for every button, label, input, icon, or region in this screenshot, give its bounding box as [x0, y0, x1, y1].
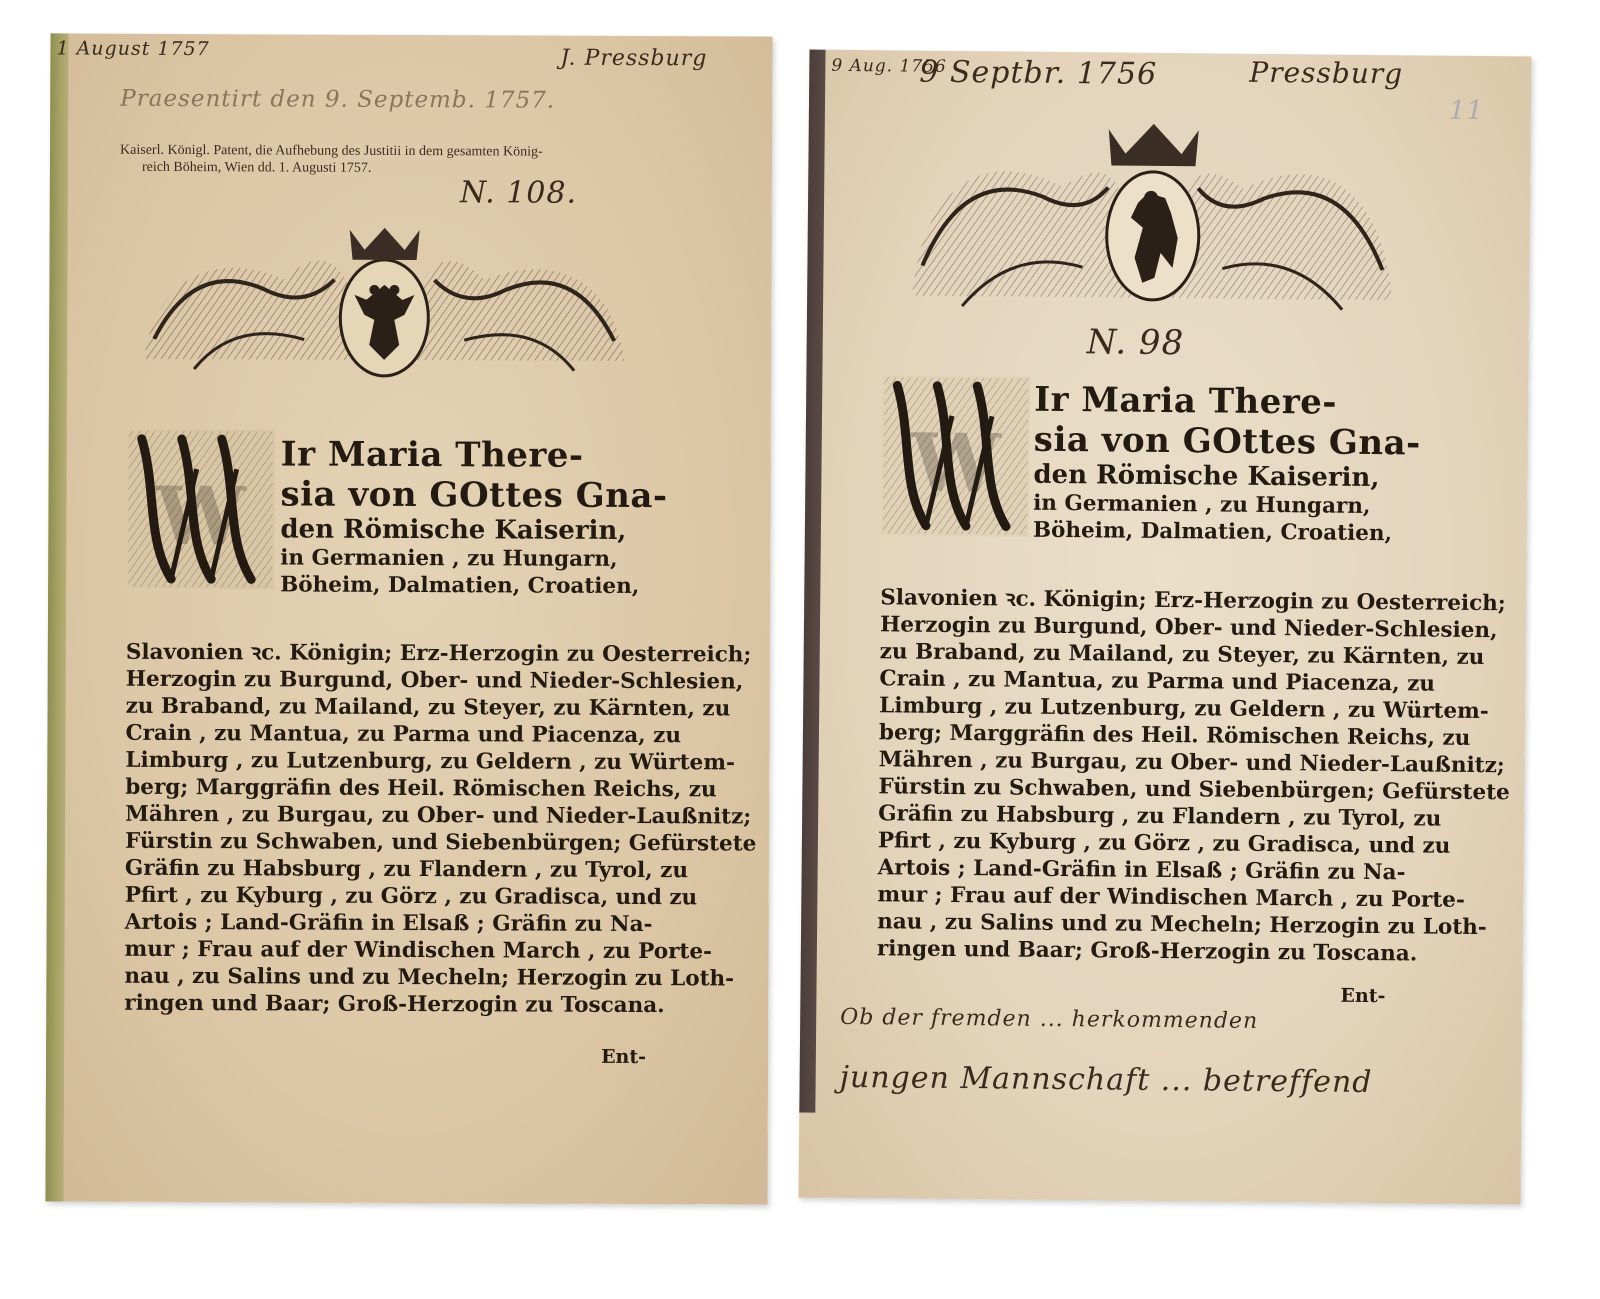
body-text-block: Slavonien ꝛc. Königin; Erz-Herzogin zu O… [124, 639, 757, 1020]
heading-line: sia von GOttes Gna- [280, 474, 667, 516]
body-line: mur ; Frau auf der Windischen March , zu… [124, 936, 755, 966]
handwritten-date-top-mid: 9 Septbr. 1756 [919, 55, 1157, 92]
decorated-initial-w: W [881, 375, 1031, 536]
eagle-crest-icon [134, 219, 635, 386]
body-line: Gräfin zu Habsburg , zu Flandern , zu Ty… [125, 855, 756, 885]
catchword: Ent- [601, 1046, 646, 1068]
body-line: Slavonien ꝛc. Königin; Erz-Herzogin zu O… [126, 639, 757, 669]
heading-line: sia von GOttes Gna- [1034, 420, 1421, 464]
svg-text:W: W [909, 416, 1002, 511]
binding-strip-brown [799, 50, 825, 1113]
heading-line: Böheim, Dalmatien, Croatien, [280, 571, 667, 600]
document-right: 9 Aug. 1756 9 Septbr. 1756 Pressburg 11 … [799, 50, 1532, 1205]
body-line: Mähren , zu Burgau, zu Ober- und Nieder-… [125, 801, 756, 831]
body-line: Crain , zu Mantua, zu Parma und Piacenza… [125, 720, 756, 750]
coat-of-arms-eagle-vignette [134, 219, 635, 386]
lion-crest-icon [902, 115, 1404, 320]
handwritten-date-top-left: 1 August 1757 [56, 37, 209, 60]
handwritten-place-top-right: J. Pressburg [560, 46, 707, 72]
body-line: zu Braband, zu Mailand, zu Steyer, zu Kä… [126, 693, 757, 723]
body-line: nau , zu Salins und zu Mecheln; Herzogin… [124, 963, 755, 993]
heading-line: den Römische Kaiserin, [1033, 460, 1420, 494]
body-line: berg; Marggräfin des Heil. Römischen Rei… [125, 774, 756, 804]
svg-text:W: W [154, 469, 246, 563]
body-line: Limburg , zu Lutzenburg, zu Geldern , zu… [125, 747, 756, 777]
handwritten-number: N. 98 [1087, 322, 1185, 363]
document-left: 1 August 1757 J. Pressburg Praesentirt d… [45, 33, 772, 1204]
heading-block: Ir Maria There- sia von GOttes Gna- den … [280, 434, 668, 600]
catchword: Ent- [1340, 985, 1385, 1007]
body-line: Artois ; Land-Gräfin in Elsaß ; Gräfin z… [125, 909, 756, 939]
heading-line: Böheim, Dalmatien, Croatien, [1033, 517, 1420, 548]
heading-line: in Germanien , zu Hungarn, [280, 544, 667, 573]
coat-of-arms-lion-vignette [902, 115, 1404, 320]
body-line: Fürstin zu Schwaben, und Siebenbürgen; G… [125, 828, 756, 858]
heading-line: den Römische Kaiserin, [280, 514, 667, 546]
body-line: Herzogin zu Burgund, Ober- und Nieder-Sc… [126, 666, 757, 696]
heading-line: in Germanien , zu Hungarn, [1033, 490, 1420, 521]
body-line: ringen und Baar; Groß-Herzogin zu Toscan… [124, 990, 755, 1020]
handwritten-note-line-2: jungen Mannschaft ... betreffend [839, 1060, 1372, 1100]
body-line: ringen und Baar; Groß-Herzogin zu Toscan… [877, 935, 1509, 968]
handwritten-number: N. 108. [460, 175, 577, 211]
printed-title: Kaiserl. Königl. Patent, die Aufhebung d… [120, 142, 680, 178]
printed-title-line-2: reich Böheim, Wien dd. 1. Augusti 1757. [120, 159, 680, 178]
heading-block: Ir Maria There- sia von GOttes Gna- den … [1033, 380, 1422, 548]
body-text-block: Slavonien ꝛc. Königin; Erz-Herzogin zu O… [877, 584, 1512, 968]
handwritten-place-top-right: Pressburg [1249, 56, 1403, 90]
heading-line: Ir Maria There- [281, 434, 668, 476]
decorated-initial-w: W [126, 429, 275, 590]
heading-line: Ir Maria There- [1034, 380, 1421, 424]
handwritten-presentation-note: Praesentirt den 9. Septemb. 1757. [120, 86, 555, 114]
handwritten-margin-number: 11 [1449, 96, 1484, 126]
handwritten-note-line-1: Ob der fremden ... herkommenden [840, 1005, 1258, 1034]
binding-strip-green [45, 33, 68, 1201]
body-line: Pfirt , zu Kyburg , zu Görz , zu Gradisc… [125, 882, 756, 912]
